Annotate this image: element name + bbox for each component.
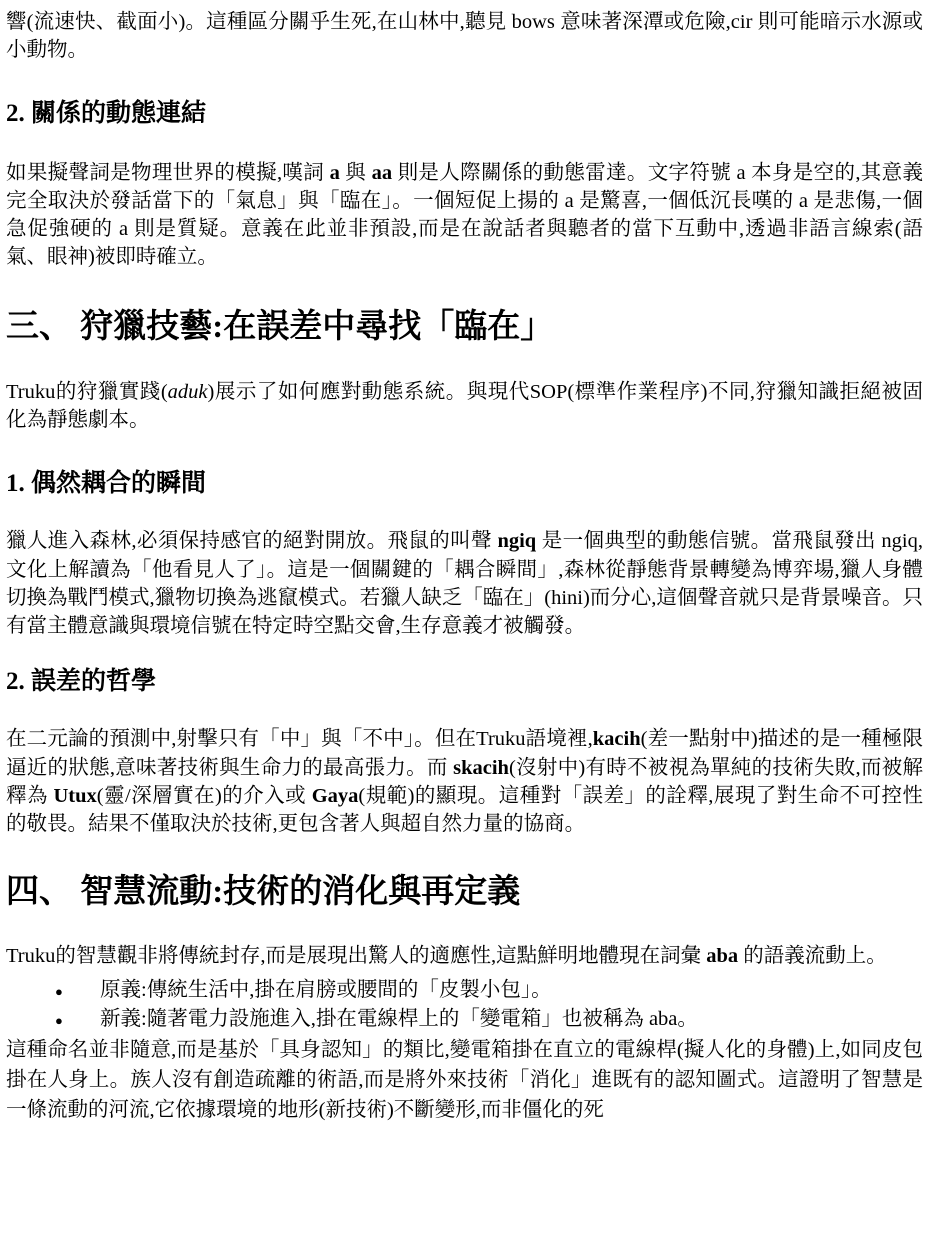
text-run: (靈/深層實在)的介入或: [97, 785, 312, 807]
list-item-original-meaning: ●原義:傳統生活中,掛在肩膀或腰間的「皮製小包」。: [6, 976, 923, 1006]
heading-philosophy-of-error: 2. 誤差的哲學: [6, 666, 923, 697]
list-item-text: 新義:隨著電力設施進入,掛在電線桿上的「變電箱」也被稱為 aba。: [100, 1008, 698, 1030]
text-run: 的語義流動上。: [738, 945, 887, 967]
para-hunter-forest-ngiq: 獵人進入森林,必須保持感官的絕對開放。飛鼠的叫聲 ngiq 是一個典型的動態信號…: [6, 527, 923, 640]
para-embodied-cognition-river: 這種命名並非隨意,而是基於「具身認知」的類比,變電箱掛在直立的電線桿(擬人化的身…: [6, 1035, 923, 1126]
emphasized-term: kacih: [593, 728, 641, 750]
text-run: 與: [340, 162, 372, 184]
emphasized-term: Utux: [54, 785, 97, 807]
emphasized-term: ngiq: [497, 530, 536, 552]
para-interjection-radar: 如果擬聲詞是物理世界的模擬,嘆詞 a 與 aa 則是人際關係的動態雷達。文字符號…: [6, 159, 923, 272]
italic-term: aduk: [168, 381, 208, 403]
text-run: 1. 偶然耦合的瞬間: [6, 470, 206, 497]
text-run: 新義:隨著電力設施進入,掛在電線桿上的「變電箱」也被稱為 aba。: [100, 1008, 698, 1030]
bullet-dot-icon: ●: [55, 977, 63, 1007]
para-aba-semantic-flow: Truku的智慧觀非將傳統封存,而是展現出驚人的適應性,這點鮮明地體現在詞彙 a…: [6, 942, 923, 970]
heading-coincidental-coupling-moment: 1. 偶然耦合的瞬間: [6, 468, 923, 499]
text-run: 四、 智慧流動:技術的消化與再定義: [6, 874, 520, 910]
text-run: 三、 狩獵技藝:在誤差中尋找「臨在」: [6, 309, 553, 345]
emphasized-term: aba: [706, 945, 738, 967]
text-run: 這種命名並非隨意,而是基於「具身認知」的類比,變電箱掛在直立的電線桿(擬人化的身…: [6, 1039, 923, 1122]
emphasized-term: Gaya: [312, 785, 359, 807]
text-run: 響(流速快、截面小)。這種區分關乎生死,在山林中,聽見 bows 意味著深潭或危…: [6, 11, 923, 61]
document-page: 響(流速快、截面小)。這種區分關乎生死,在山林中,聽見 bows 意味著深潭或危…: [0, 0, 930, 1126]
text-run: 2. 關係的動態連結: [6, 100, 206, 127]
heading-section-three-hunting-craft: 三、 狩獵技藝:在誤差中尋找「臨在」: [6, 307, 923, 348]
text-run: 如果擬聲詞是物理世界的模擬,嘆詞: [6, 162, 330, 184]
aba-meanings-list: ●原義:傳統生活中,掛在肩膀或腰間的「皮製小包」。●新義:隨著電力設施進入,掛在…: [6, 976, 923, 1035]
bullet-dot-icon: ●: [55, 1006, 63, 1036]
text-run: 原義:傳統生活中,掛在肩膀或腰間的「皮製小包」。: [100, 979, 552, 1001]
list-item-new-meaning: ●新義:隨著電力設施進入,掛在電線桿上的「變電箱」也被稱為 aba。: [6, 1005, 923, 1035]
emphasized-term: a: [330, 162, 340, 184]
heading-section-four-wisdom-flow: 四、 智慧流動:技術的消化與再定義: [6, 872, 923, 913]
emphasized-term: skacih: [453, 757, 509, 779]
text-run: 獵人進入森林,必須保持感官的絕對開放。飛鼠的叫聲: [6, 530, 497, 552]
para-stream-sound-distinction: 響(流速快、截面小)。這種區分關乎生死,在山林中,聽見 bows 意味著深潭或危…: [6, 8, 923, 64]
heading-relational-dynamic-link: 2. 關係的動態連結: [6, 98, 923, 129]
emphasized-term: aa: [372, 162, 393, 184]
para-error-interpretation: 在二元論的預測中,射擊只有「中」與「不中」。但在Truku語境裡,kacih(差…: [6, 725, 923, 838]
text-run: 2. 誤差的哲學: [6, 668, 156, 695]
text-run: 在二元論的預測中,射擊只有「中」與「不中」。但在Truku語境裡,: [6, 728, 593, 750]
text-run: Truku的智慧觀非將傳統封存,而是展現出驚人的適應性,這點鮮明地體現在詞彙: [6, 945, 706, 967]
text-run: Truku的狩獵實踐(: [6, 381, 168, 403]
para-hunting-practice-aduk: Truku的狩獵實踐(aduk)展示了如何應對動態系統。與現代SOP(標準作業程…: [6, 378, 923, 434]
list-item-text: 原義:傳統生活中,掛在肩膀或腰間的「皮製小包」。: [100, 979, 552, 1001]
